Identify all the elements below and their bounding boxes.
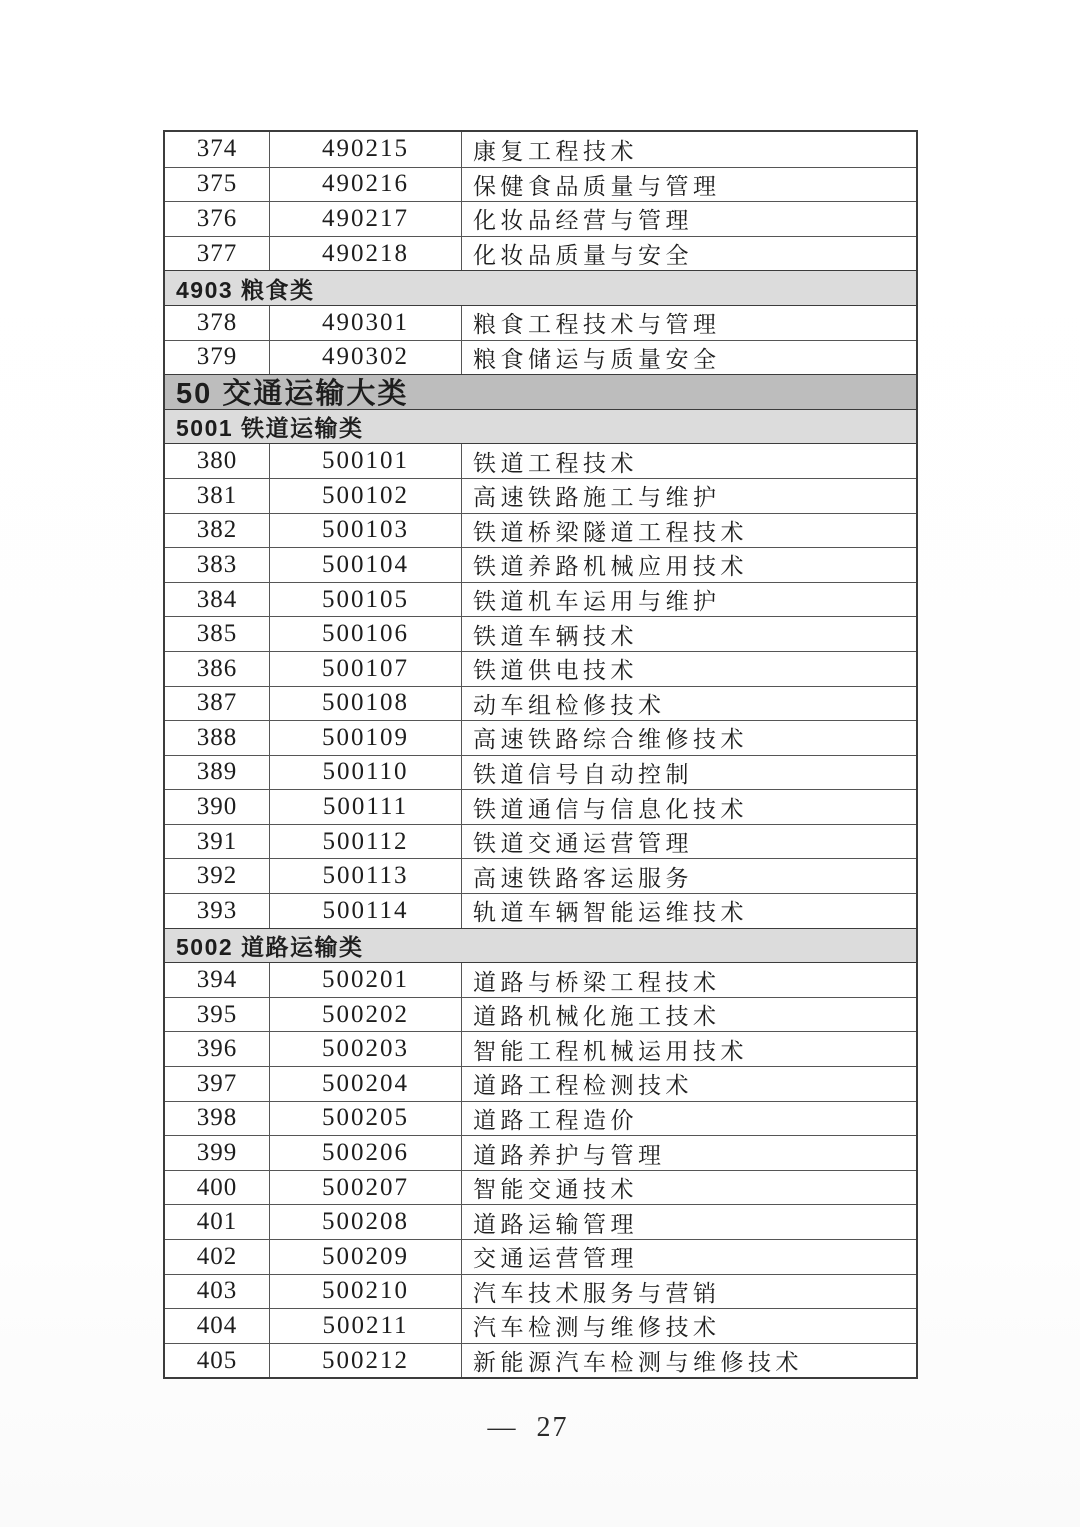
- table-row: 376490217化妆品经营与管理: [165, 201, 916, 236]
- major-name-cell: 粮食储运与质量安全: [462, 341, 916, 375]
- section-header-row: 4903 粮食类: [165, 270, 916, 305]
- page-footer: — 27: [0, 1412, 1080, 1444]
- row-number-cell: 378: [165, 306, 270, 340]
- major-name-cell: 铁道交通运营管理: [462, 825, 916, 859]
- table-row: 378490301粮食工程技术与管理: [165, 305, 916, 340]
- row-number-cell: 392: [165, 859, 270, 893]
- major-code-cell: 500202: [270, 998, 462, 1032]
- major-code-cell: 500211: [270, 1309, 462, 1343]
- row-number-cell: 398: [165, 1102, 270, 1136]
- major-name-cell: 高速铁路客运服务: [462, 859, 916, 893]
- row-number-cell: 400: [165, 1171, 270, 1205]
- major-name-cell: 粮食工程技术与管理: [462, 306, 916, 340]
- major-name-cell: 道路与桥梁工程技术: [462, 963, 916, 997]
- row-number-cell: 404: [165, 1309, 270, 1343]
- table-row: 397500204道路工程检测技术: [165, 1066, 916, 1101]
- major-name-cell: 铁道信号自动控制: [462, 756, 916, 790]
- table-row: 395500202道路机械化施工技术: [165, 997, 916, 1032]
- row-number-cell: 389: [165, 756, 270, 790]
- row-number-cell: 384: [165, 583, 270, 617]
- row-number-cell: 388: [165, 721, 270, 755]
- major-name-cell: 道路养护与管理: [462, 1136, 916, 1170]
- major-code-cell: 500114: [270, 894, 462, 928]
- major-name-cell: 高速铁路综合维修技术: [462, 721, 916, 755]
- major-code-cell: 500209: [270, 1240, 462, 1274]
- major-name-cell: 智能工程机械运用技术: [462, 1032, 916, 1066]
- table-row: 394500201道路与桥梁工程技术: [165, 962, 916, 997]
- section-header-label: 50 交通运输大类: [165, 371, 408, 412]
- table-row: 391500112铁道交通运营管理: [165, 824, 916, 859]
- major-name-cell: 道路运输管理: [462, 1205, 916, 1239]
- major-code-cell: 500204: [270, 1067, 462, 1101]
- table-row: 390500111铁道通信与信息化技术: [165, 789, 916, 824]
- major-name-cell: 交通运营管理: [462, 1240, 916, 1274]
- major-name-cell: 新能源汽车检测与维修技术: [462, 1344, 916, 1378]
- major-code-cell: 500208: [270, 1205, 462, 1239]
- section-header-row: 5001 铁道运输类: [165, 409, 916, 444]
- major-code-cell: 490301: [270, 306, 462, 340]
- row-number-cell: 379: [165, 341, 270, 375]
- row-number-cell: 383: [165, 548, 270, 582]
- major-name-cell: 铁道养路机械应用技术: [462, 548, 916, 582]
- section-header-row: 5002 道路运输类: [165, 928, 916, 963]
- table-row: 393500114轨道车辆智能运维技术: [165, 893, 916, 928]
- table-row: 379490302粮食储运与质量安全: [165, 340, 916, 375]
- row-number-cell: 391: [165, 825, 270, 859]
- major-name-cell: 动车组检修技术: [462, 687, 916, 721]
- major-code-cell: 490218: [270, 237, 462, 271]
- row-number-cell: 401: [165, 1205, 270, 1239]
- major-name-cell: 铁道供电技术: [462, 652, 916, 686]
- major-code-cell: 500201: [270, 963, 462, 997]
- row-number-cell: 394: [165, 963, 270, 997]
- major-name-cell: 化妆品经营与管理: [462, 202, 916, 236]
- major-code-cell: 500203: [270, 1032, 462, 1066]
- row-number-cell: 402: [165, 1240, 270, 1274]
- major-code-cell: 500111: [270, 790, 462, 824]
- table-row: 383500104铁道养路机械应用技术: [165, 547, 916, 582]
- major-code-cell: 500107: [270, 652, 462, 686]
- major-name-cell: 铁道工程技术: [462, 444, 916, 478]
- row-number-cell: 385: [165, 617, 270, 651]
- table-row: 377490218化妆品质量与安全: [165, 236, 916, 271]
- major-code-cell: 500207: [270, 1171, 462, 1205]
- table-row: 384500105铁道机车运用与维护: [165, 582, 916, 617]
- major-name-cell: 道路机械化施工技术: [462, 998, 916, 1032]
- table-row: 392500113高速铁路客运服务: [165, 858, 916, 893]
- row-number-cell: 403: [165, 1275, 270, 1309]
- major-name-cell: 轨道车辆智能运维技术: [462, 894, 916, 928]
- major-code-cell: 500113: [270, 859, 462, 893]
- row-number-cell: 387: [165, 687, 270, 721]
- major-code-cell: 500112: [270, 825, 462, 859]
- major-code-cell: 500205: [270, 1102, 462, 1136]
- major-code-cell: 500106: [270, 617, 462, 651]
- major-name-cell: 道路工程检测技术: [462, 1067, 916, 1101]
- page-number: — 27: [488, 1412, 569, 1444]
- major-code-cell: 500108: [270, 687, 462, 721]
- table-row: 389500110铁道信号自动控制: [165, 755, 916, 790]
- row-number-cell: 377: [165, 237, 270, 271]
- table-row: 399500206道路养护与管理: [165, 1135, 916, 1170]
- table-row: 380500101铁道工程技术: [165, 443, 916, 478]
- row-number-cell: 375: [165, 168, 270, 202]
- major-name-cell: 铁道通信与信息化技术: [462, 790, 916, 824]
- major-name-cell: 高速铁路施工与维护: [462, 479, 916, 513]
- table-row: 374490215康复工程技术: [165, 132, 916, 167]
- row-number-cell: 382: [165, 514, 270, 548]
- table-row: 388500109高速铁路综合维修技术: [165, 720, 916, 755]
- section-header-label: 4903 粮食类: [165, 272, 315, 305]
- major-code-cell: 500103: [270, 514, 462, 548]
- major-code-cell: 500109: [270, 721, 462, 755]
- table-row: 386500107铁道供电技术: [165, 651, 916, 686]
- section-header-row-major: 50 交通运输大类: [165, 374, 916, 409]
- table-row: 401500208道路运输管理: [165, 1204, 916, 1239]
- document-page: 374490215康复工程技术375490216保健食品质量与管理3764902…: [0, 0, 1080, 1527]
- row-number-cell: 374: [165, 132, 270, 167]
- table-row: 404500211汽车检测与维修技术: [165, 1308, 916, 1343]
- table-row: 403500210汽车技术服务与营销: [165, 1274, 916, 1309]
- row-number-cell: 396: [165, 1032, 270, 1066]
- table-row: 387500108动车组检修技术: [165, 686, 916, 721]
- row-number-cell: 386: [165, 652, 270, 686]
- major-code-cell: 500212: [270, 1344, 462, 1378]
- row-number-cell: 405: [165, 1344, 270, 1378]
- major-name-cell: 化妆品质量与安全: [462, 237, 916, 271]
- table-row: 402500209交通运营管理: [165, 1239, 916, 1274]
- row-number-cell: 380: [165, 444, 270, 478]
- major-code-cell: 500101: [270, 444, 462, 478]
- major-code-cell: 490216: [270, 168, 462, 202]
- major-code-cell: 490302: [270, 341, 462, 375]
- majors-code-table: 374490215康复工程技术375490216保健食品质量与管理3764902…: [163, 130, 918, 1379]
- table-row: 405500212新能源汽车检测与维修技术: [165, 1343, 916, 1378]
- table-row: 385500106铁道车辆技术: [165, 616, 916, 651]
- row-number-cell: 390: [165, 790, 270, 824]
- major-name-cell: 铁道机车运用与维护: [462, 583, 916, 617]
- major-code-cell: 490215: [270, 132, 462, 167]
- table-row: 400500207智能交通技术: [165, 1170, 916, 1205]
- major-name-cell: 道路工程造价: [462, 1102, 916, 1136]
- row-number-cell: 376: [165, 202, 270, 236]
- major-code-cell: 500110: [270, 756, 462, 790]
- table-row: 381500102高速铁路施工与维护: [165, 478, 916, 513]
- major-code-cell: 500102: [270, 479, 462, 513]
- row-number-cell: 397: [165, 1067, 270, 1101]
- table-row: 375490216保健食品质量与管理: [165, 167, 916, 202]
- major-code-cell: 500206: [270, 1136, 462, 1170]
- row-number-cell: 395: [165, 998, 270, 1032]
- section-header-label: 5001 铁道运输类: [165, 410, 364, 443]
- major-name-cell: 铁道桥梁隧道工程技术: [462, 514, 916, 548]
- major-code-cell: 500104: [270, 548, 462, 582]
- section-header-label: 5002 道路运输类: [165, 929, 364, 962]
- table-row: 398500205道路工程造价: [165, 1101, 916, 1136]
- major-name-cell: 铁道车辆技术: [462, 617, 916, 651]
- table-row: 382500103铁道桥梁隧道工程技术: [165, 513, 916, 548]
- major-name-cell: 汽车检测与维修技术: [462, 1309, 916, 1343]
- row-number-cell: 381: [165, 479, 270, 513]
- row-number-cell: 399: [165, 1136, 270, 1170]
- major-code-cell: 500105: [270, 583, 462, 617]
- major-code-cell: 490217: [270, 202, 462, 236]
- major-code-cell: 500210: [270, 1275, 462, 1309]
- major-name-cell: 汽车技术服务与营销: [462, 1275, 916, 1309]
- major-name-cell: 智能交通技术: [462, 1171, 916, 1205]
- row-number-cell: 393: [165, 894, 270, 928]
- major-name-cell: 保健食品质量与管理: [462, 168, 916, 202]
- major-name-cell: 康复工程技术: [462, 132, 916, 167]
- table-row: 396500203智能工程机械运用技术: [165, 1031, 916, 1066]
